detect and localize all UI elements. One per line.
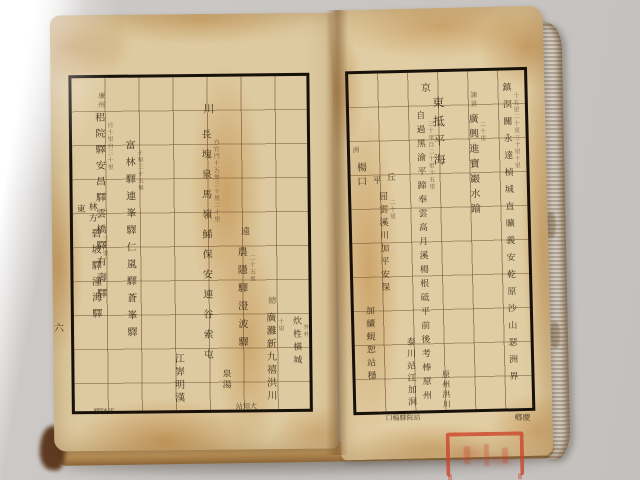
table-left: 廉州稆院驛安昌驛雲橋驛有壽驛自十里自三十里富林驛連峯驛仁嵐驛蒼峯驛十里三十五里東…	[68, 73, 313, 415]
seal-interior-mark	[464, 446, 470, 464]
annotation-column: 二十里	[478, 121, 485, 142]
annotation-column: 十里三十五里	[136, 150, 142, 192]
station-name-column: 廣興進寶巖水踰	[466, 113, 479, 218]
red-seal-faded-lower-edge	[448, 473, 522, 480]
annotation-column: 外朴	[302, 324, 308, 338]
station-name-column: 屈雲溪川加平安保	[377, 191, 389, 295]
annotation-column: 十五里二十里三十里十里	[512, 92, 520, 169]
station-name-column: 農隱驛澄波驛	[235, 246, 246, 354]
book: 廉州稆院驛安昌驛雲橋驛有壽驛自十里自三十里富林驛連峯驛仁嵐驛蒼峯驛十里三十五里東…	[0, 0, 640, 480]
footer-label-left: 驛陵平	[94, 407, 115, 417]
annotation-column: 自十里自三十里	[106, 122, 113, 171]
station-name-column: 平	[371, 176, 380, 187]
annotation-column: 十里	[277, 318, 283, 332]
annotation-column: 總	[268, 296, 276, 306]
station-name-column: 遠	[239, 226, 248, 238]
station-name-column: 川	[203, 103, 214, 118]
book-gutter-fold	[326, 10, 348, 455]
annotation-column: 洲	[352, 146, 359, 155]
footer-label-right: 站知大	[236, 401, 257, 411]
station-name-column: 炊栍橫城	[291, 316, 301, 368]
station-name-column: 江㟖明漢	[172, 353, 183, 405]
annotation-column: 二十里	[388, 199, 395, 220]
station-name-column: 泉湯	[220, 369, 229, 391]
station-name-column: 楊口	[354, 162, 365, 190]
station-name-column: 長塊泉馬嶺鯑保安連谷索屯	[199, 129, 212, 369]
annotation-column: 二十五里	[248, 254, 254, 282]
annotation-column: 廉州	[98, 92, 105, 110]
photo-backdrop: 廉州稆院驛安昌驛雲橋驛有壽驛自十里自三十里富林驛連峯驛仁嵐驛蒼峯驛十里三十五里東…	[0, 0, 640, 480]
red-seal-stamp	[446, 431, 525, 476]
station-name-column: 林方	[87, 202, 96, 224]
page-right: 鎮溟關永達楨城直曠義安乾原沙山瑟洲界十五里二十里三十里十里諫景廣興進寶巖水踰二十…	[331, 5, 554, 460]
table-left-columns	[71, 76, 306, 78]
station-name-column: 京	[418, 82, 428, 94]
page-left: 廉州稆院驛安昌驛雲橋驛有壽驛自十里自三十里富林驛連峯驛仁嵐驛蒼峯驛十里三十五里東…	[50, 13, 339, 452]
margin-page-number: 六	[54, 319, 64, 334]
table-right: 鎮溟關永達楨城直曠義安乾原沙山瑟洲界十五里二十里三十里十里諫景廣興進寶巖水踰二十…	[345, 67, 535, 415]
footer-label-left: 口楊驛院站	[385, 413, 420, 424]
footer-label-right: 鄕慶	[514, 412, 530, 423]
station-name-column: 富林驛連峯驛仁嵐驛蒼峯驛	[123, 140, 135, 344]
annotation-column: 三十里自二十里十五里	[426, 120, 434, 190]
seal-interior-mark	[502, 448, 508, 464]
station-name-column: 加續蜆恕站穩	[364, 306, 375, 384]
ink-bleed-mark	[550, 322, 561, 348]
station-name-column: 丘	[385, 172, 394, 183]
station-name-column: 廣灘新九禧洪川	[264, 312, 275, 403]
station-name-column: 東	[75, 204, 84, 215]
annotation-column: 諫景	[470, 91, 477, 109]
annotation-column: 三十里	[101, 236, 107, 257]
table-right-columns	[348, 70, 524, 74]
station-name-column: 碧坡驛潼海驛	[89, 228, 100, 324]
station-name-column: 原州洪川	[441, 370, 450, 410]
annotation-column: 自官門十五里三十里二十里	[212, 139, 219, 223]
station-name-column: 泰川站江加洞	[405, 337, 416, 409]
seal-interior-mark	[484, 444, 489, 466]
